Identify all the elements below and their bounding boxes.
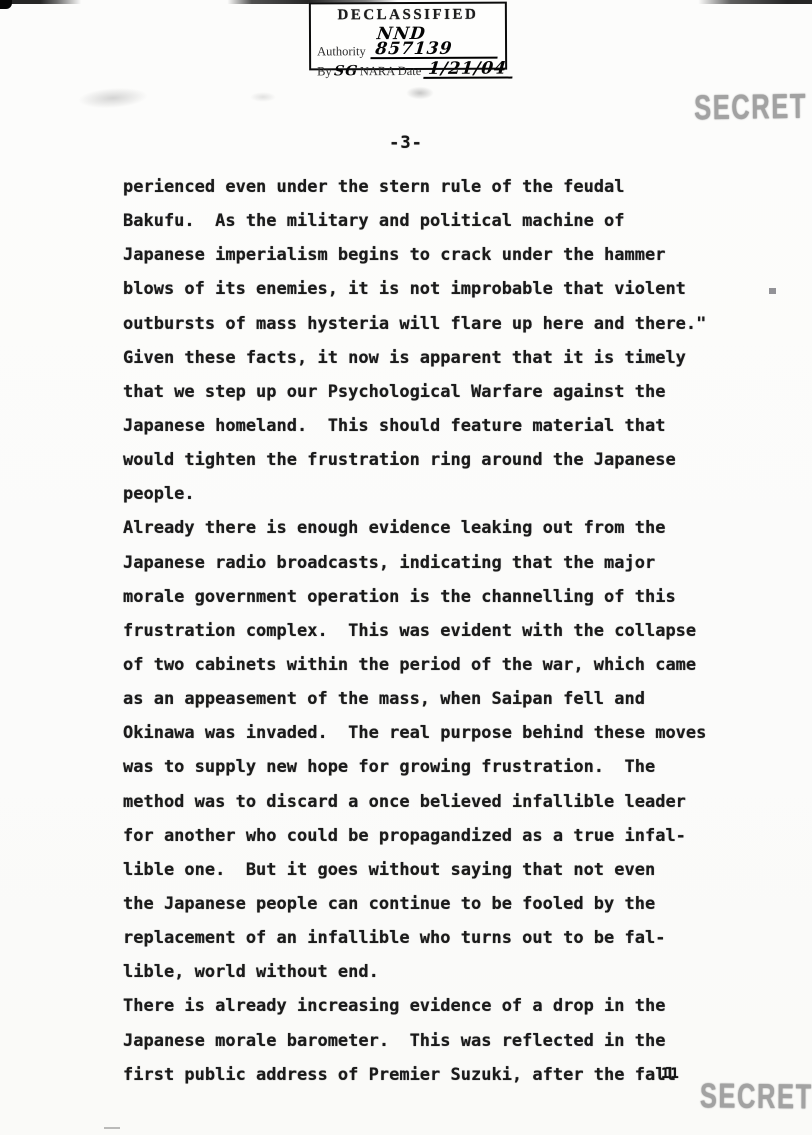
typewritten-line: that we step up our Psychological Warfar… (123, 375, 743, 409)
declassified-stamp: DECLASSIFIED Authority NND 857139 By SG … (309, 2, 507, 71)
typewritten-line: was to supply new hope for growing frust… (123, 750, 743, 784)
typewritten-line: Okinawa was invaded. The real purpose be… (123, 716, 743, 750)
typewritten-line: replacement of an infallible who turns o… (123, 921, 743, 955)
typewritten-body: perienced even under the stern rule of t… (123, 170, 743, 1092)
authority-row: Authority NND 857139 (317, 27, 499, 60)
scan-speck (769, 288, 776, 294)
scanner-corner-artifact (0, 0, 12, 9)
typewritten-line: outbursts of mass hysteria will flare up… (123, 307, 743, 341)
typewritten-line: first public address of Premier Suzuki, … (123, 1058, 743, 1092)
scan-smudge (250, 92, 276, 102)
nara-date-label: NARA Date (360, 64, 422, 79)
by-signature-handwritten: SG (331, 64, 361, 79)
scan-dash-artifact (104, 1127, 120, 1129)
stray-mark: 11 (661, 1066, 680, 1082)
typewritten-line: Already there is enough evidence leaking… (123, 511, 743, 545)
typewritten-line: Japanese radio broadcasts, indicating th… (123, 546, 743, 580)
typewritten-line: would tighten the frustration ring aroun… (123, 443, 743, 477)
typewritten-line: blows of its enemies, it is not improbab… (123, 272, 743, 306)
typewritten-line: Japanese morale barometer. This was refl… (123, 1024, 743, 1058)
typewritten-line: There is already increasing evidence of … (123, 989, 743, 1023)
typewritten-line: lible, world without end. (123, 955, 743, 989)
typewritten-line: the Japanese people can continue to be f… (123, 887, 743, 921)
typewritten-line: people. (123, 477, 743, 511)
secret-stamp-top: SECRET (694, 86, 807, 128)
authority-label: Authority (317, 44, 366, 59)
page-number: -3- (0, 133, 812, 153)
typewritten-line: of two cabinets within the period of the… (123, 648, 743, 682)
typewritten-line: Japanese homeland. This should feature m… (123, 409, 743, 443)
typewritten-line: as an appeasement of the mass, when Saip… (123, 682, 743, 716)
secret-stamp-bottom: SECRET (700, 1076, 812, 1117)
typewritten-line: frustration complex. This was evident wi… (123, 614, 743, 648)
typewritten-line: Japanese imperialism begins to crack und… (123, 238, 743, 272)
by-label: By (317, 64, 332, 79)
typewritten-line: morale government operation is the chann… (123, 580, 743, 614)
date-value-handwritten: 1/21/04 (424, 62, 514, 79)
declassified-stamp-title: DECLASSIFIED (317, 7, 499, 25)
by-date-row: By SG NARA Date 1/21/04 (317, 62, 499, 80)
typewritten-line: for another who could be propagandized a… (123, 819, 743, 853)
typewritten-line: Given these facts, it now is apparent th… (123, 341, 743, 375)
typewritten-line: Bakufu. As the military and political ma… (123, 204, 743, 238)
scanned-document-page: DECLASSIFIED Authority NND 857139 By SG … (0, 0, 812, 1135)
typewritten-line: lible one. But it goes without saying th… (123, 853, 743, 887)
typewritten-line: method was to discard a once believed in… (123, 785, 743, 819)
authority-value-handwritten: NND 857139 (370, 27, 500, 60)
typewritten-line: perienced even under the stern rule of t… (123, 170, 743, 204)
scan-smudge (405, 86, 435, 100)
scan-smudge (77, 86, 148, 111)
